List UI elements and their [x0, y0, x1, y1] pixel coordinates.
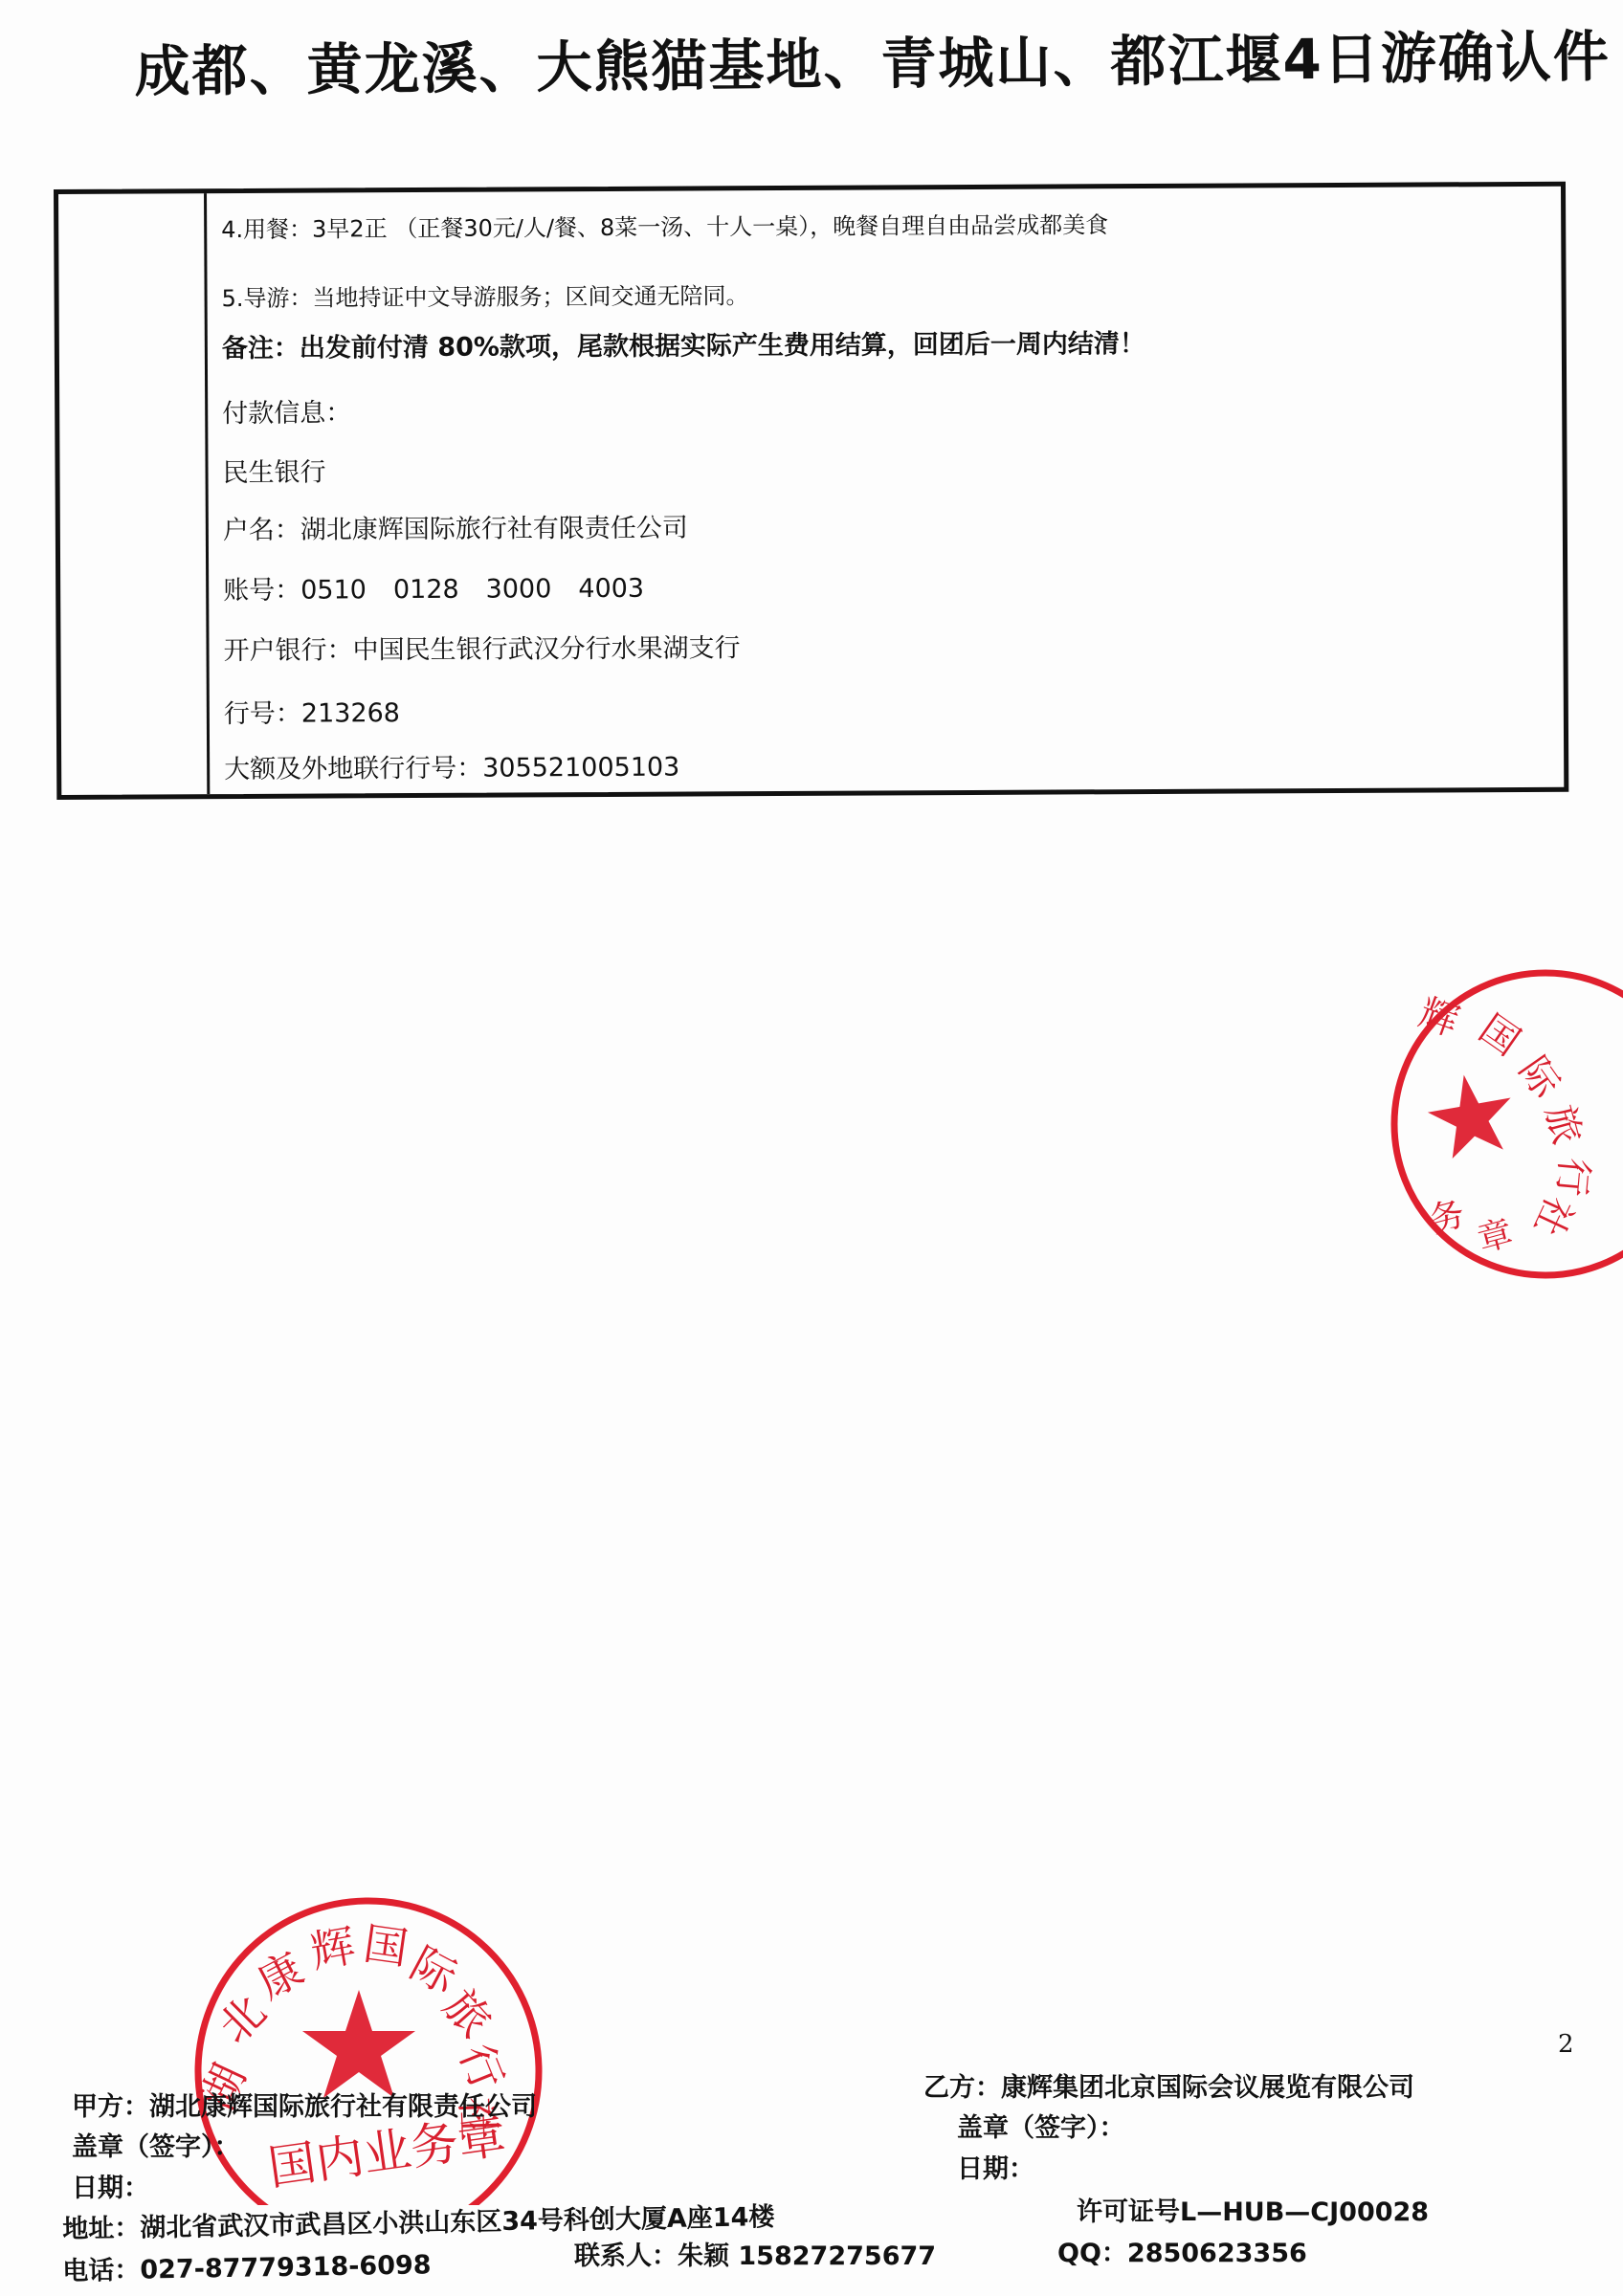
payment-heading: 付款信息： — [222, 391, 351, 430]
svg-text:国: 国 — [361, 1917, 411, 1975]
interbank-code-line: 大额及外地联行行号：305521005103 — [224, 746, 679, 785]
company-seal-partial: 辉 国 际 旅 行 社 务 章 — [1388, 961, 1623, 1287]
bank-code-label: 行号： — [224, 699, 301, 729]
account-number-group: 0128 — [393, 575, 459, 605]
meals-line: 4.用餐：3早2正 （正餐30元/人/餐、8菜一汤、十人一桌），晚餐自理自由品尝… — [221, 206, 1108, 244]
document-title: 成都、黄龙溪、大熊猫基地、青城山、都江堰4日游确认件 — [134, 12, 1475, 107]
party-a-seal: 盖章（签字）： — [72, 2126, 240, 2163]
opening-bank-line: 开户银行：中国民生银行武汉分行水果湖支行 — [223, 627, 740, 667]
account-name-line: 户名：湖北康辉国际旅行社有限责任公司 — [223, 507, 688, 547]
party-a-contact: 联系人：朱颖 15827275677 — [574, 2235, 936, 2272]
svg-text:国: 国 — [1471, 1006, 1527, 1065]
svg-text:际: 际 — [1510, 1049, 1568, 1107]
license-number: 许可证号L—HUB—CJ00028 — [1077, 2191, 1429, 2228]
opening-bank: 中国民生银行武汉分行水果湖支行 — [352, 633, 740, 665]
table-column-divider — [204, 193, 210, 794]
account-number-label: 账号： — [223, 576, 300, 606]
party-b-name: 乙方：康辉集团北京国际会议展览有限公司 — [923, 2066, 1414, 2104]
party-a-phone: 电话：027-87779318-6098 — [62, 2243, 432, 2287]
account-number-group: 0510 — [300, 575, 367, 605]
guide-line: 5.导游：当地持证中文导游服务；区间交通无陪同。 — [221, 276, 748, 313]
party-b-seal: 盖章（签字）： — [957, 2107, 1125, 2144]
remark-line: 备注：出发前付清 80%款项，尾款根据实际产生费用结算，回团后一周内结清！ — [222, 322, 1145, 364]
interbank-code-label: 大额及外地联行行号： — [224, 754, 482, 784]
bank-code-line: 行号：213268 — [224, 692, 400, 730]
svg-text:旅: 旅 — [1537, 1100, 1590, 1149]
opening-bank-label: 开户银行： — [223, 635, 352, 666]
qq-number: QQ：2850623356 — [1057, 2232, 1307, 2269]
account-name-label: 户名： — [223, 516, 300, 545]
svg-text:行: 行 — [1548, 1156, 1595, 1198]
svg-text:康: 康 — [249, 1942, 312, 2008]
page-number: 2 — [1558, 2030, 1574, 2059]
svg-text:辉: 辉 — [307, 1919, 360, 1977]
account-number-group: 3000 — [486, 574, 552, 604]
party-b-date: 日期： — [957, 2148, 1034, 2185]
account-number-line: 账号：0510012830004003 — [223, 567, 671, 607]
party-a-name: 甲方：湖北康辉国际旅行社有限责任公司 — [72, 2086, 537, 2123]
svg-text:章: 章 — [1474, 1213, 1517, 1260]
details-table: 4.用餐：3早2正 （正餐30元/人/餐、8菜一汤、十人一桌），晚餐自理自由品尝… — [54, 182, 1568, 800]
party-a-date: 日期： — [72, 2167, 149, 2204]
svg-text:务: 务 — [1426, 1194, 1469, 1241]
bank-code: 213268 — [301, 698, 400, 729]
account-name: 湖北康辉国际旅行社有限责任公司 — [300, 514, 688, 545]
seal-icon: 辉 国 际 旅 行 社 务 章 — [1388, 961, 1623, 1287]
bank-name: 民生银行 — [222, 452, 325, 490]
svg-text:社: 社 — [1524, 1189, 1581, 1243]
interbank-code: 305521005103 — [482, 753, 679, 784]
account-number-group: 4003 — [578, 574, 644, 604]
